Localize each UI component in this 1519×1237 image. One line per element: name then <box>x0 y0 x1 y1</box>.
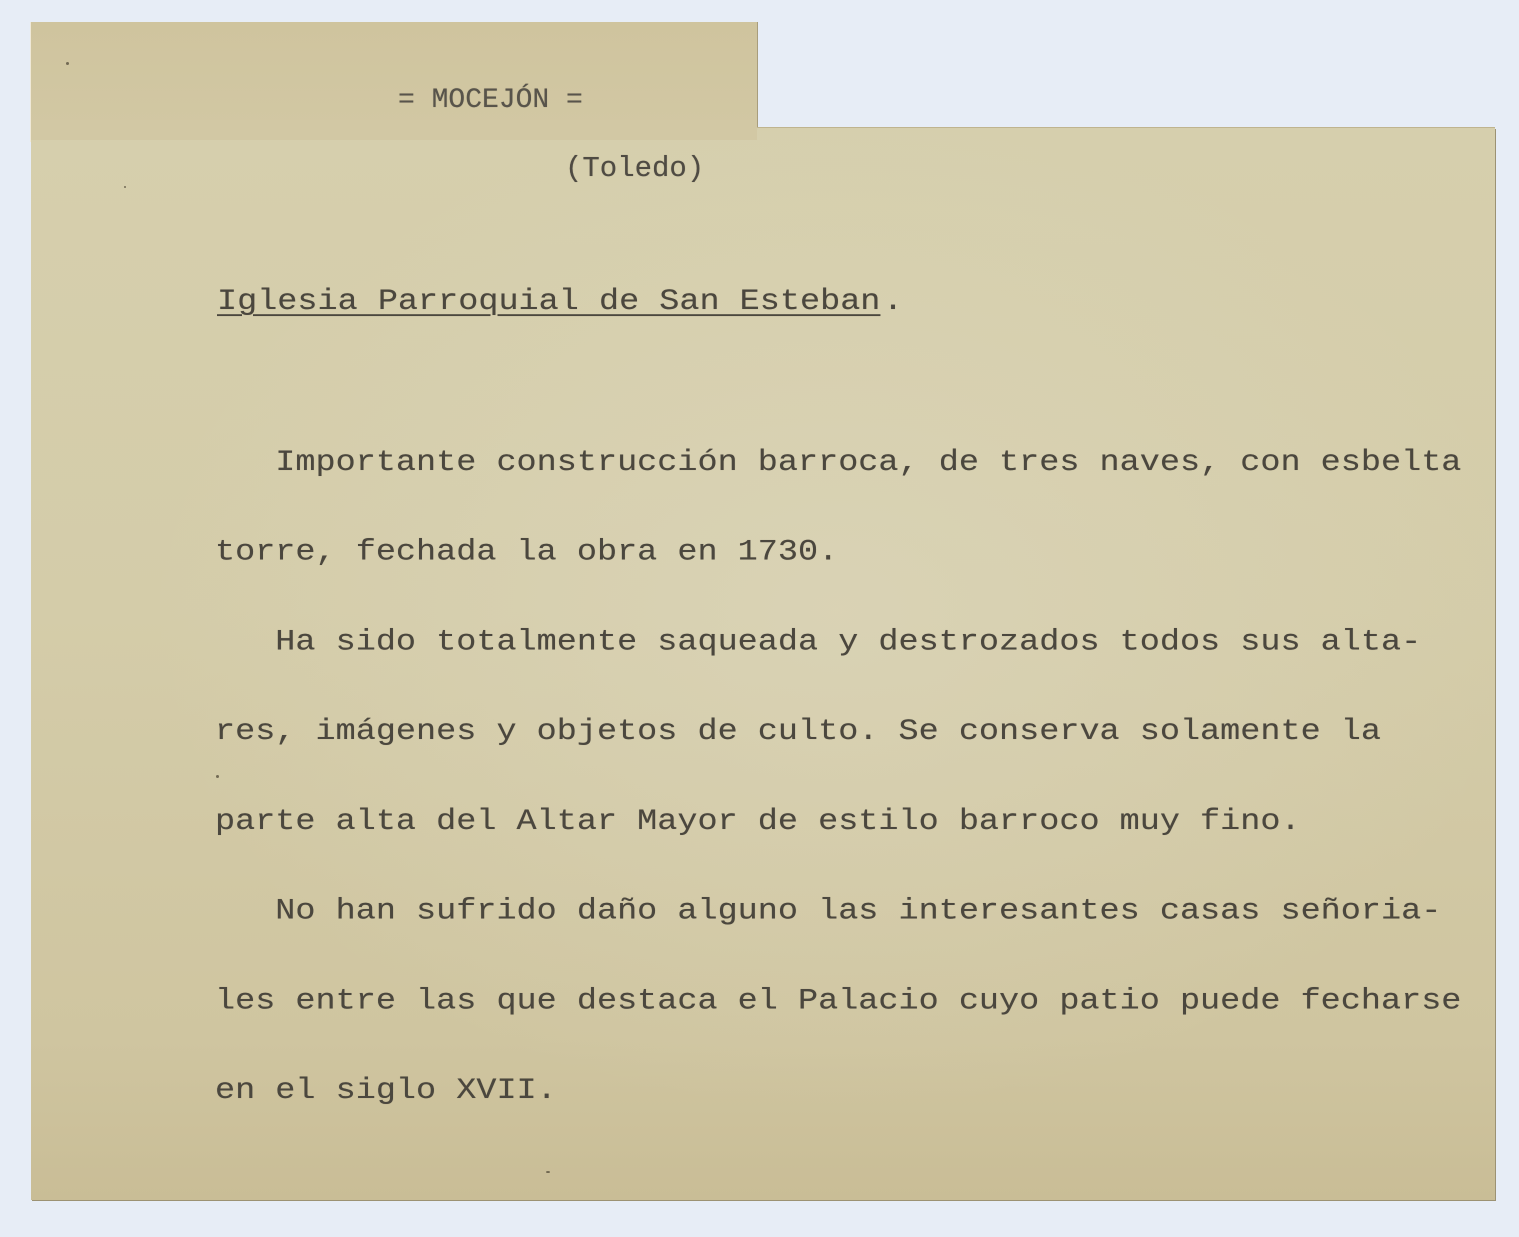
body-line: res, imágenes y objetos de culto. Se con… <box>215 717 1461 747</box>
body-text: Importante construcción barroca, de tres… <box>215 388 1461 1166</box>
body-line: en el siglo XVII. <box>215 1076 1461 1106</box>
body-line: torre, fechada la obra en 1730. <box>215 538 1461 568</box>
paper-speck <box>546 1171 550 1173</box>
paper-speck <box>124 186 126 188</box>
body-line: parte alta del Altar Mayor de estilo bar… <box>215 807 1461 837</box>
section-heading-period: . <box>883 287 903 317</box>
section-heading: Iglesia Parroquial de San Esteban <box>217 287 880 317</box>
paper-speck <box>66 62 69 65</box>
province-label: (Toledo) <box>565 152 704 186</box>
body-line: Ha sido totalmente saqueada y destrozado… <box>215 627 1461 657</box>
body-line: les entre las que destaca el Palacio cuy… <box>215 986 1461 1016</box>
card-tab-join <box>31 120 757 140</box>
body-line: Importante construcción barroca, de tres… <box>215 448 1461 478</box>
archive-card: = MOCEJÓN = (Toledo) Iglesia Parroquial … <box>0 0 1519 1237</box>
body-line: No han sufrido daño alguno las interesan… <box>215 897 1461 927</box>
document-title: = MOCEJÓN = <box>398 84 583 118</box>
